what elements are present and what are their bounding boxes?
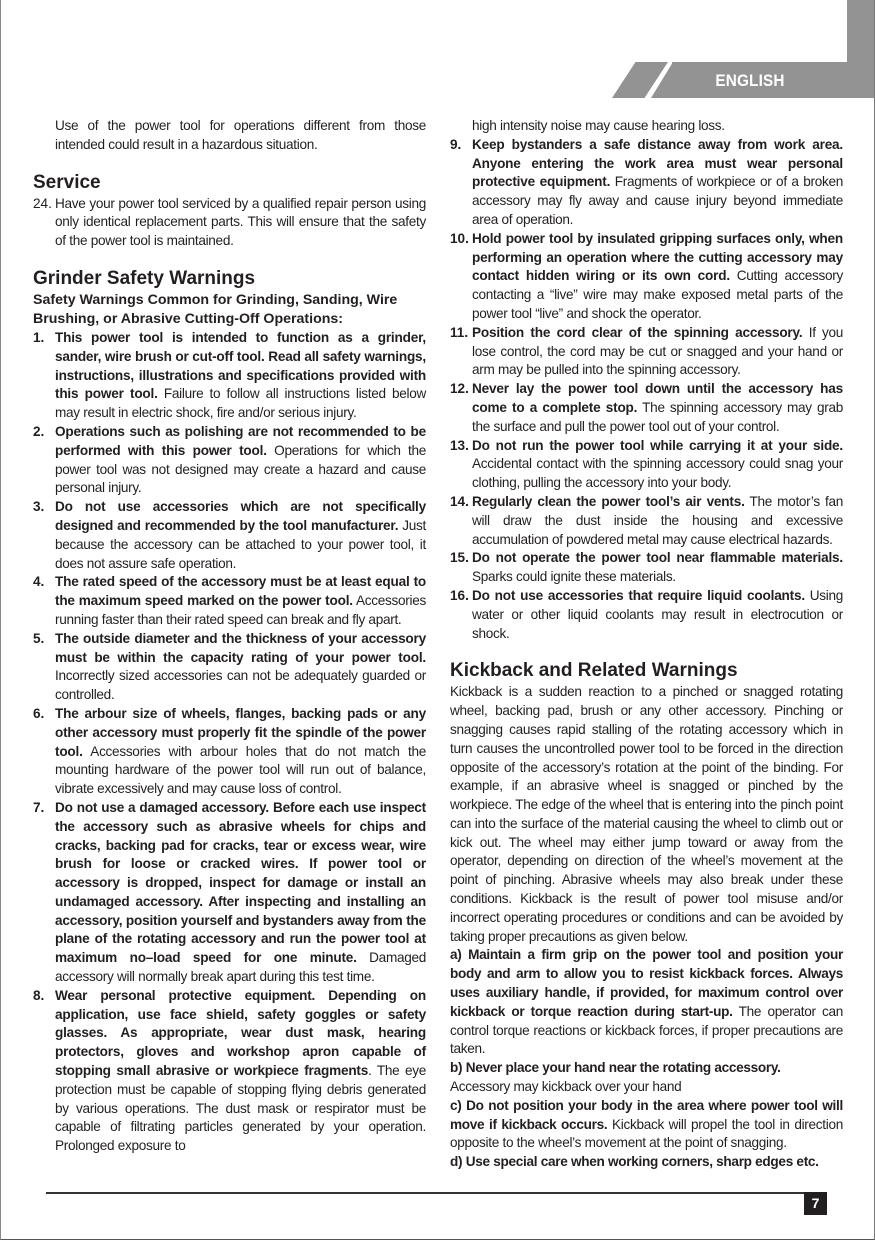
item-bold-text: Do not use a damaged accessory. Before e… — [55, 800, 426, 965]
warning-item: 8. Wear personal protective equipment. D… — [33, 987, 426, 1156]
item-text: Sparks could ignite these materials. — [472, 569, 676, 584]
item-number: 24. — [33, 195, 55, 251]
item-bold-text: Do not operate the power tool near flamm… — [472, 550, 843, 565]
continuation-text: high intensity noise may cause hearing l… — [450, 117, 843, 136]
intro-continuation: Use of the power tool for operations dif… — [33, 117, 426, 155]
kickback-item-a: a) Maintain a firm grip on the power too… — [450, 946, 843, 1059]
warning-item: 15. Do not operate the power tool near f… — [450, 549, 843, 587]
item-number: 15. — [450, 549, 472, 587]
item-bold-text: Do not use accessories which are not spe… — [55, 499, 426, 533]
left-column: Use of the power tool for operations dif… — [33, 117, 426, 1156]
warning-item: 1. This power tool is intended to functi… — [33, 329, 426, 423]
item-bold-text: d) Use special care when working corners… — [450, 1154, 819, 1169]
item-number: 5. — [33, 630, 55, 705]
item-number: 6. — [33, 705, 55, 799]
item-number: 3. — [33, 498, 55, 573]
warning-item: 5. The outside diameter and the thicknes… — [33, 630, 426, 705]
item-bold-text: Do not run the power tool while carrying… — [472, 438, 843, 453]
warning-item: 13. Do not run the power tool while carr… — [450, 437, 843, 493]
item-text: Incorrectly sized accessories can not be… — [55, 668, 426, 702]
warning-item: 2. Operations such as polishing are not … — [33, 423, 426, 498]
service-heading: Service — [33, 171, 426, 195]
item-bold-text: b) Never place your hand near the rotati… — [450, 1060, 781, 1075]
item-number: 2. — [33, 423, 55, 498]
footer-rule — [46, 1192, 804, 1194]
item-number: 12. — [450, 380, 472, 436]
item-number: 14. — [450, 493, 472, 549]
kickback-item-c: c) Do not position your body in the area… — [450, 1097, 843, 1153]
item-number: 11. — [450, 324, 472, 380]
warning-item: 16. Do not use accessories that require … — [450, 587, 843, 643]
item-bold-text: The outside diameter and the thickness o… — [55, 631, 426, 665]
warning-item: 14. Regularly clean the power tool’s air… — [450, 493, 843, 549]
item-bold-text: Do not use accessories that require liqu… — [472, 588, 805, 603]
item-number: 4. — [33, 573, 55, 629]
service-item: 24. Have your power tool serviced by a q… — [33, 195, 426, 251]
kickback-heading: Kickback and Related Warnings — [450, 659, 843, 683]
warning-item: 11. Position the cord clear of the spinn… — [450, 324, 843, 380]
kickback-intro: Kickback is a sudden reaction to a pinch… — [450, 683, 843, 946]
language-label: ENGLISH — [705, 71, 795, 91]
warning-item: 7. Do not use a damaged accessory. Befor… — [33, 799, 426, 987]
warning-item: 6. The arbour size of wheels, flanges, b… — [33, 705, 426, 799]
right-column: high intensity noise may cause hearing l… — [450, 117, 843, 1172]
item-number: 7. — [33, 799, 55, 987]
item-bold-text: Regularly clean the power tool’s air ven… — [472, 494, 745, 509]
kickback-item-d: d) Use special care when working corners… — [450, 1153, 843, 1172]
item-number: 9. — [450, 136, 472, 230]
warning-item: 4. The rated speed of the accessory must… — [33, 573, 426, 629]
item-text: Have your power tool serviced by a quali… — [55, 195, 426, 251]
item-number: 8. — [33, 987, 55, 1156]
item-text: Accidental contact with the spinning acc… — [472, 456, 843, 490]
grinder-subheading: Safety Warnings Common for Grinding, San… — [33, 291, 426, 329]
warning-item: 10. Hold power tool by insulated grippin… — [450, 230, 843, 324]
item-bold-text: Position the cord clear of the spinning … — [472, 325, 802, 340]
item-number: 13. — [450, 437, 472, 493]
warning-item: 12. Never lay the power tool down until … — [450, 380, 843, 436]
page-number: 7 — [804, 1192, 827, 1215]
item-text: Accessory may kickback over your hand — [450, 1079, 681, 1094]
item-text: Accessories with arbour holes that do no… — [55, 744, 426, 797]
item-number: 16. — [450, 587, 472, 643]
grinder-heading: Grinder Safety Warnings — [33, 267, 426, 291]
warning-item: 9. Keep bystanders a safe distance away … — [450, 136, 843, 230]
kickback-item-b: b) Never place your hand near the rotati… — [450, 1059, 843, 1097]
warning-item: 3. Do not use accessories which are not … — [33, 498, 426, 573]
item-number: 10. — [450, 230, 472, 324]
item-number: 1. — [33, 329, 55, 423]
